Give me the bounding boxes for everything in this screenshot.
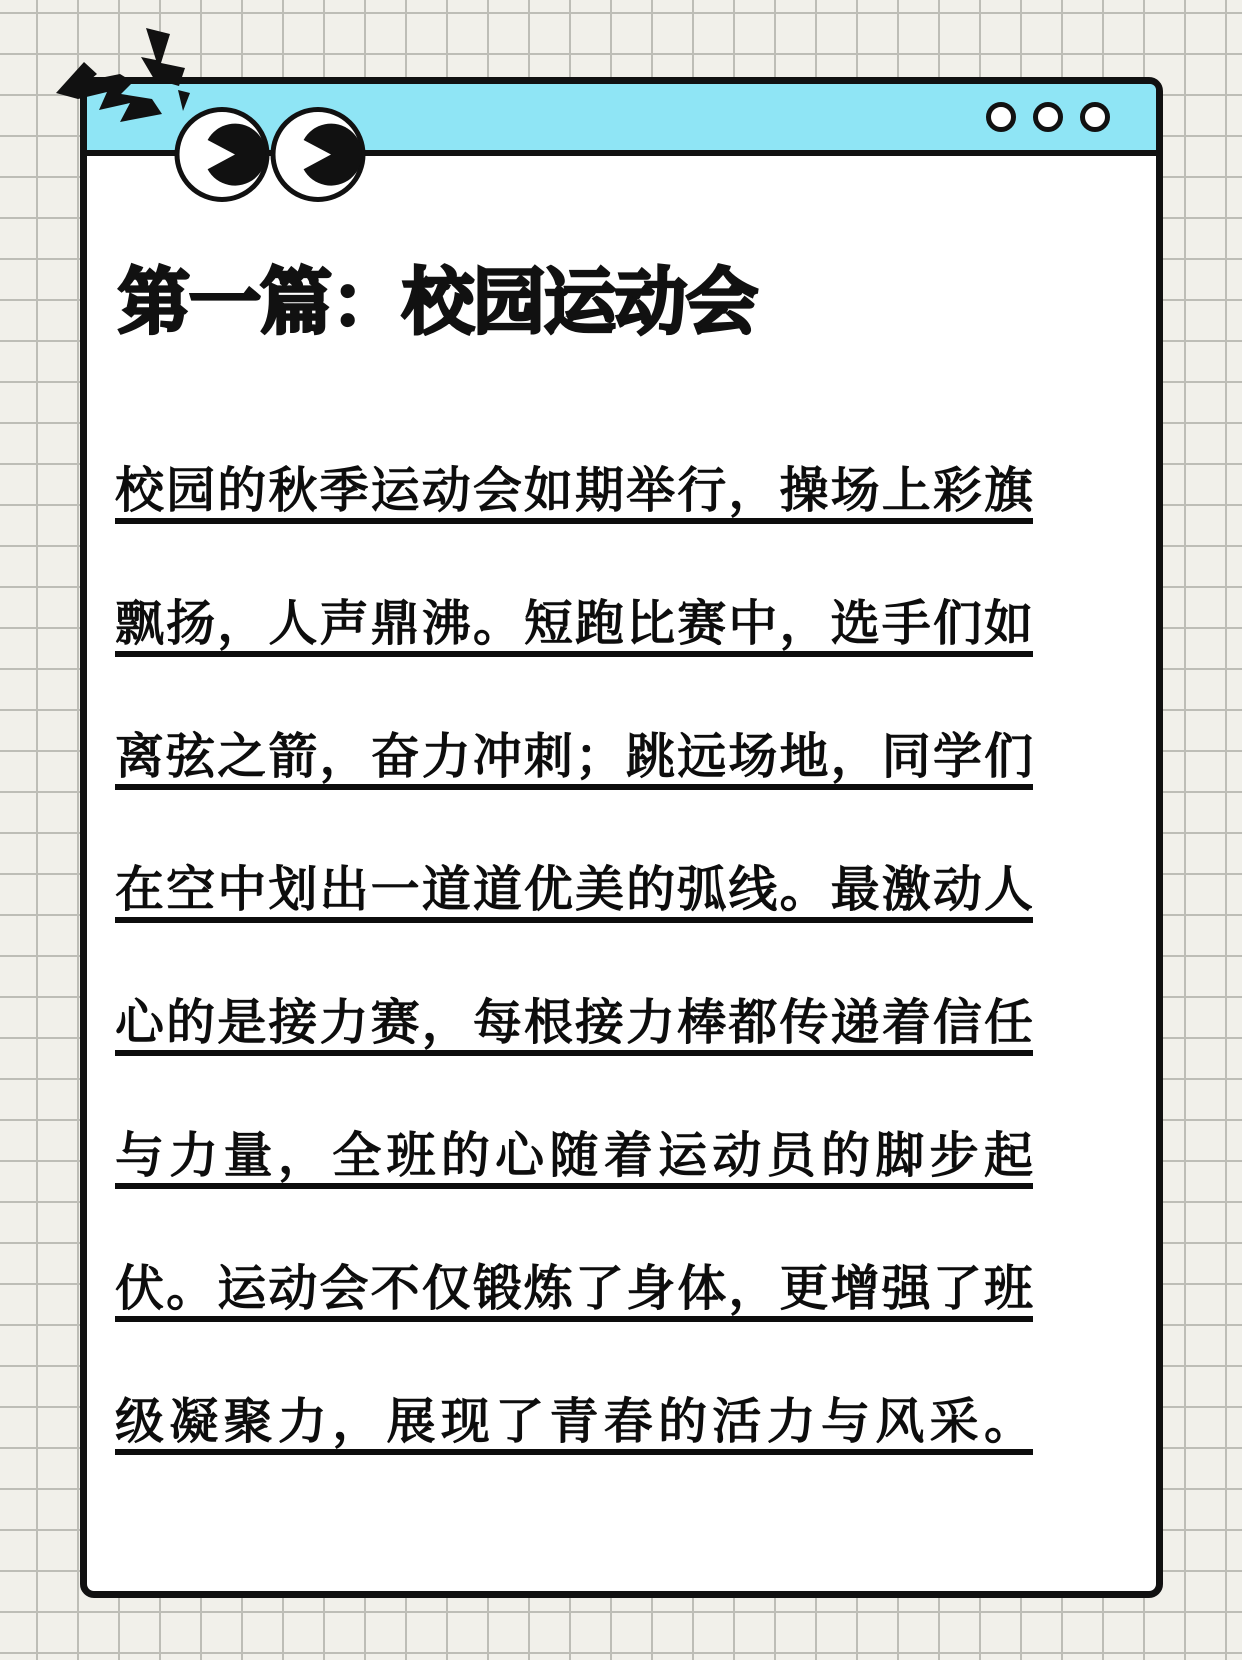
window-dot-icon[interactable] [986, 102, 1016, 132]
lightning-bolt-icon [45, 16, 190, 131]
window-dot-icon[interactable] [1033, 102, 1063, 132]
essay-text-block: 校园的秋季运动会如期举行，操场上彩旗 飘扬，人声鼎沸。短跑比赛中，选手们如 离弦… [115, 424, 1033, 1488]
essay-line: 级凝聚力，展现了青春的活力与风采。 [115, 1355, 1033, 1488]
essay-line: 离弦之箭，奋力冲刺；跳远场地，同学们 [115, 690, 1033, 823]
essay-line: 心的是接力赛，每根接力棒都传递着信任 [115, 956, 1033, 1089]
essay-line: 飘扬，人声鼎沸。短跑比赛中，选手们如 [115, 557, 1033, 690]
essay-line: 伏。运动会不仅锻炼了身体，更增强了班 [115, 1222, 1033, 1355]
grid-paper-background: 第一篇：校园运动会 校园的秋季运动会如期举行，操场上彩旗 飘扬，人声鼎沸。短跑比… [0, 0, 1242, 1660]
note-card: 第一篇：校园运动会 校园的秋季运动会如期举行，操场上彩旗 飘扬，人声鼎沸。短跑比… [80, 77, 1163, 1598]
window-dots [986, 102, 1110, 132]
googly-eyes-icon [173, 105, 367, 204]
essay-line: 在空中划出一道道优美的弧线。最激动人 [115, 823, 1033, 956]
page-title: 第一篇：校园运动会 [118, 262, 757, 342]
essay-line: 与力量，全班的心随着运动员的脚步起 [115, 1089, 1033, 1222]
window-dot-icon[interactable] [1080, 102, 1110, 132]
essay-line: 校园的秋季运动会如期举行，操场上彩旗 [115, 424, 1033, 557]
